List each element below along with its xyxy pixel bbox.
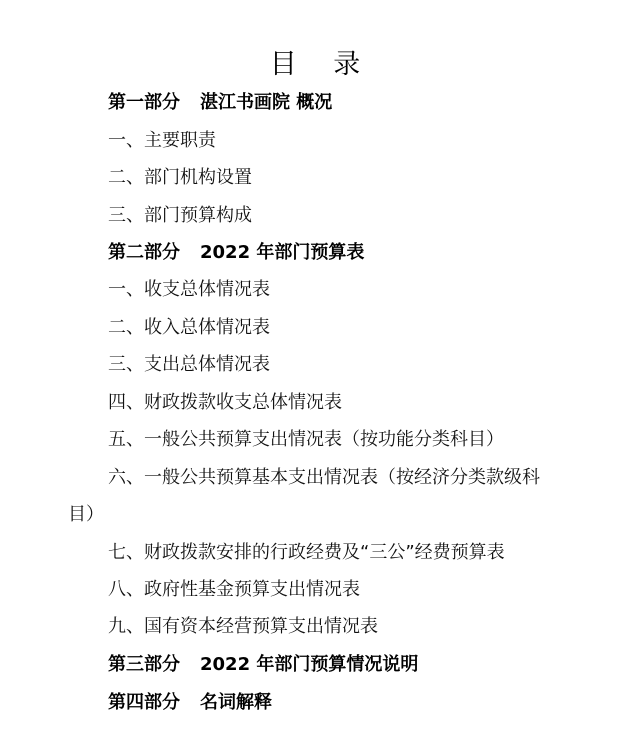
toc-part-1[interactable]: 第一部分湛江书画院 概况 — [108, 90, 332, 116]
toc-item[interactable]: 七、财政拨款安排的行政经费及“三公”经费预算表 — [108, 540, 505, 566]
part-number: 第二部分 — [108, 242, 180, 263]
page-title: 目 录 — [0, 46, 630, 84]
part-number: 第四部分 — [108, 692, 180, 713]
toc-item[interactable]: 九、国有资本经营预算支出情况表 — [108, 614, 378, 640]
toc-item[interactable]: 五、一般公共预算支出情况表（按功能分类科目） — [108, 427, 504, 453]
toc-part-4[interactable]: 第四部分名词解释 — [108, 690, 272, 716]
part-label: 2022 年部门预算情况说明 — [200, 654, 418, 675]
toc-item[interactable]: 一、主要职责 — [108, 128, 216, 154]
toc-item[interactable]: 三、支出总体情况表 — [108, 352, 270, 378]
toc-item[interactable]: 八、政府性基金预算支出情况表 — [108, 577, 360, 603]
toc-item-wrap[interactable]: 目） — [68, 502, 104, 528]
part-label: 2022 年部门预算表 — [200, 242, 364, 263]
toc-item[interactable]: 二、收入总体情况表 — [108, 315, 270, 341]
toc-part-3[interactable]: 第三部分2022 年部门预算情况说明 — [108, 652, 418, 678]
part-label: 湛江书画院 概况 — [200, 92, 332, 113]
part-label: 名词解释 — [200, 692, 272, 713]
toc-item[interactable]: 二、部门机构设置 — [108, 165, 252, 191]
toc-item[interactable]: 六、一般公共预算基本支出情况表（按经济分类款级科 — [108, 465, 540, 491]
toc-item[interactable]: 一、收支总体情况表 — [108, 277, 270, 303]
toc-part-2[interactable]: 第二部分2022 年部门预算表 — [108, 240, 364, 266]
toc-item[interactable]: 四、财政拨款收支总体情况表 — [108, 390, 342, 416]
part-number: 第一部分 — [108, 92, 180, 113]
part-number: 第三部分 — [108, 654, 180, 675]
toc-item[interactable]: 三、部门预算构成 — [108, 203, 252, 229]
